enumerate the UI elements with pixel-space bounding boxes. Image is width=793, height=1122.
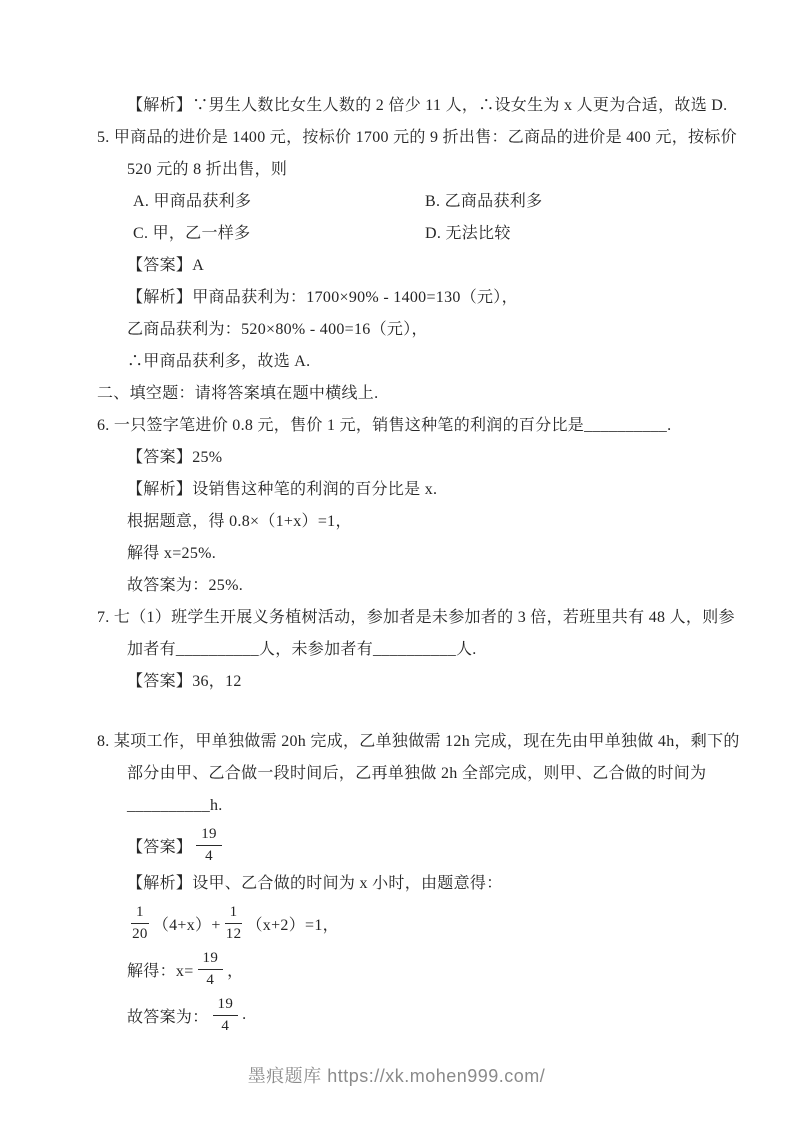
fraction-numerator: 19 xyxy=(198,949,224,970)
fraction-numerator: 1 xyxy=(225,903,243,924)
equation-fraction-1-20: 1 20 xyxy=(131,903,149,944)
q8-answer-fraction: 19 4 xyxy=(196,825,222,866)
solve-prefix: 解得：x= xyxy=(127,958,194,981)
q8-analysis-line1: 【解析】设甲、乙合做的时间为 x 小时，由题意得： xyxy=(97,868,715,900)
fraction-numerator: 19 xyxy=(213,995,239,1016)
fraction-denominator: 4 xyxy=(206,970,214,990)
worksheet-page: 【解析】∵男生人数比女生人数的 2 倍少 11 人，∴设女生为 x 人更为合适，… xyxy=(97,90,715,1038)
final-fraction-19-4: 19 4 xyxy=(213,995,239,1036)
q5-analysis-line2: 乙商品获利为：520×80% - 400=16（元）， xyxy=(97,314,715,346)
fraction-denominator: 4 xyxy=(221,1016,229,1036)
q8-answer-label: 【答案】 xyxy=(127,834,192,857)
q5-option-d: D. 无法比较 xyxy=(425,218,511,250)
q5-option-b: B. 乙商品获利多 xyxy=(425,186,542,218)
q6-stem-line1: 6. 一只签字笔进价 0.8 元，售价 1 元，销售这种笔的利润的百分比是___… xyxy=(97,410,715,442)
q6-answer-line: 【答案】25% xyxy=(97,442,715,474)
q5-analysis-line1: 【解析】甲商品获利为：1700×90% - 1400=130（元）， xyxy=(97,282,715,314)
q5-analysis-line3: ∴甲商品获利多，故选 A. xyxy=(97,346,715,378)
q7-stem-line1: 7. 七（1）班学生开展义务植树活动，参加者是未参加者的 3 倍，若班里共有 4… xyxy=(97,602,715,634)
q7-stem-line2: 加者有__________人，未参加者有__________人. xyxy=(97,634,715,666)
fraction-denominator: 20 xyxy=(132,924,148,944)
equation-fraction-1-12: 1 12 xyxy=(225,903,243,944)
footer-url: https://xk.mohen999.com/ xyxy=(327,1066,545,1086)
q8-final-line: 故答案为： 19 4 . xyxy=(97,992,715,1038)
fraction-denominator: 4 xyxy=(205,846,213,866)
q6-analysis-line1: 【解析】设销售这种笔的利润的百分比是 x. xyxy=(97,474,715,506)
equation-segment-2: （x+2）=1， xyxy=(246,912,338,935)
solve-fraction-19-4: 19 4 xyxy=(198,949,224,990)
q6-analysis-line2: 根据题意，得 0.8×（1+x）=1， xyxy=(97,506,715,538)
q8-equation-line: 1 20 （4+x）+ 1 12 （x+2）=1， xyxy=(97,900,715,946)
solve-suffix: ， xyxy=(227,958,243,981)
final-suffix: . xyxy=(242,1006,246,1024)
section2-header: 二、填空题：请将答案填在题中横线上. xyxy=(97,378,715,410)
q8-stem-line2: 部分由甲、乙合做一段时间后，乙再单独做 2h 全部完成，则甲、乙合做的时间为 xyxy=(97,758,715,790)
q6-analysis-line3: 解得 x=25%. xyxy=(97,538,715,570)
q8-answer-line: 【答案】 19 4 xyxy=(97,822,715,868)
blank-line xyxy=(97,698,715,726)
fraction-numerator: 1 xyxy=(131,903,149,924)
q8-stem-line1: 8. 某项工作，甲单独做需 20h 完成，乙单独做需 12h 完成，现在先由甲单… xyxy=(97,726,715,758)
equation-segment-1: （4+x）+ xyxy=(153,912,221,935)
q5-options-row1: A. 甲商品获利多 B. 乙商品获利多 xyxy=(97,186,715,218)
q8-stem-line3: __________h. xyxy=(97,790,715,822)
q5-answer-line: 【答案】A xyxy=(97,250,715,282)
final-prefix: 故答案为： xyxy=(127,1004,209,1027)
q5-option-a: A. 甲商品获利多 xyxy=(133,186,425,218)
page-footer: 墨痕题库 https://xk.mohen999.com/ xyxy=(0,1062,793,1088)
q5-stem-line2: 520 元的 8 折出售，则 xyxy=(97,154,715,186)
q5-option-c: C. 甲，乙一样多 xyxy=(133,218,425,250)
q7-answer-line: 【答案】36，12 xyxy=(97,666,715,698)
footer-brand: 墨痕题库 xyxy=(248,1066,322,1086)
fraction-denominator: 12 xyxy=(226,924,242,944)
q4-analysis-line: 【解析】∵男生人数比女生人数的 2 倍少 11 人，∴设女生为 x 人更为合适，… xyxy=(97,90,715,122)
q6-analysis-line4: 故答案为：25%. xyxy=(97,570,715,602)
q5-stem-line1: 5. 甲商品的进价是 1400 元，按标价 1700 元的 9 折出售：乙商品的… xyxy=(97,122,715,154)
q8-solve-line: 解得：x= 19 4 ， xyxy=(97,946,715,992)
fraction-numerator: 19 xyxy=(196,825,222,846)
q5-options-row2: C. 甲，乙一样多 D. 无法比较 xyxy=(97,218,715,250)
